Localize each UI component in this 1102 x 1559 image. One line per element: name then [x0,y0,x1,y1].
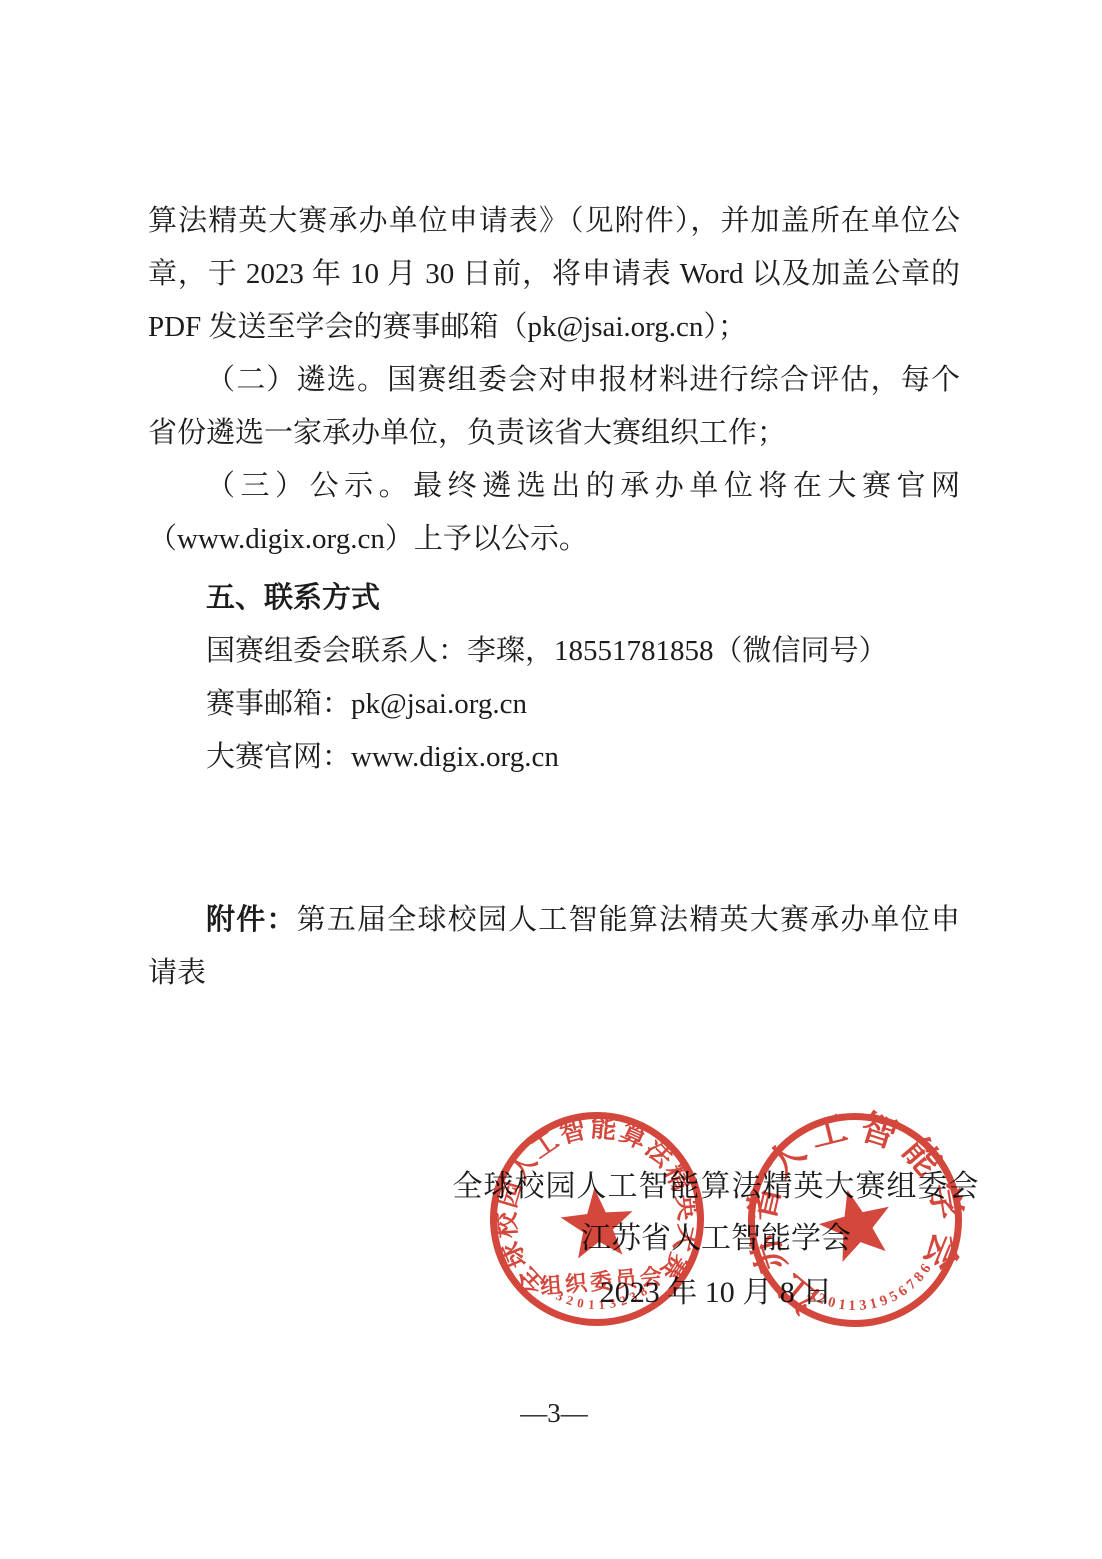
document-body: 算法精英大赛承办单位申请表》（见附件），并加盖所在单位公 章，于 2023 年 … [148,195,960,1000]
star-icon [558,1185,636,1260]
attachment-label: 附件： [206,904,297,936]
page-number: —3— [148,1398,960,1428]
body-line-5: 省份遴选一家承办单位，负责该省大赛组织工作； [148,407,960,460]
contact-person-line: 国赛组委会联系人：李璨，18551781858（微信同号） [148,625,960,678]
body-line-3: PDF 发送至学会的赛事邮箱（pk@jsai.org.cn）； [148,301,960,354]
organizing-committee-seal: 全球校园人工智能算法精英大赛 组织委员会 320113238 [477,1095,716,1343]
attachment-line-1: 附件：第五届全球校园人工智能算法精英大赛承办单位申 [148,894,960,947]
attachment-line-2: 请表 [148,947,960,1000]
body-line-1: 算法精英大赛承办单位申请表》（见附件），并加盖所在单位公 [148,195,960,248]
attachment-text: 第五届全球校园人工智能算法精英大赛承办单位申 [297,904,960,936]
body-line-7: （www.digix.org.cn）上予以公示。 [148,513,960,566]
contact-website-line: 大赛官网：www.digix.org.cn [148,731,960,784]
body-line-6: （三）公示。最终遴选出的承办单位将在大赛官网 [148,460,960,513]
body-line-2: 章，于 2023 年 10 月 30 日前，将申请表 Word 以及加盖公章的 [148,248,960,301]
star-icon [812,1181,899,1265]
document-page: 算法精英大赛承办单位申请表》（见附件），并加盖所在单位公 章，于 2023 年 … [0,0,1102,1559]
body-line-4: （二）遴选。国赛组委会对申报材料进行综合评估，每个 [148,354,960,407]
contact-email-line: 赛事邮箱：pk@jsai.org.cn [148,678,960,731]
contact-section-heading: 五、联系方式 [148,572,960,625]
